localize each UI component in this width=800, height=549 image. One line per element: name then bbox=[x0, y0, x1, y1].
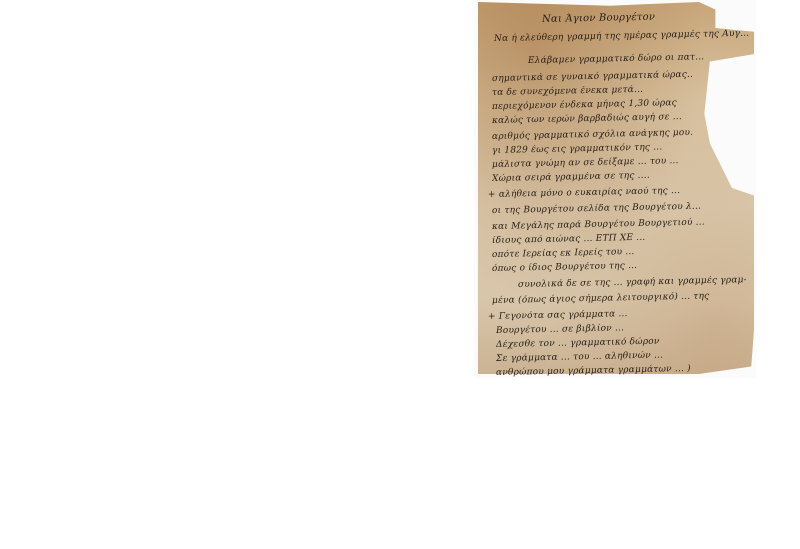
manuscript-heading: Ναι Άγιον Βουργέτον bbox=[542, 12, 655, 25]
